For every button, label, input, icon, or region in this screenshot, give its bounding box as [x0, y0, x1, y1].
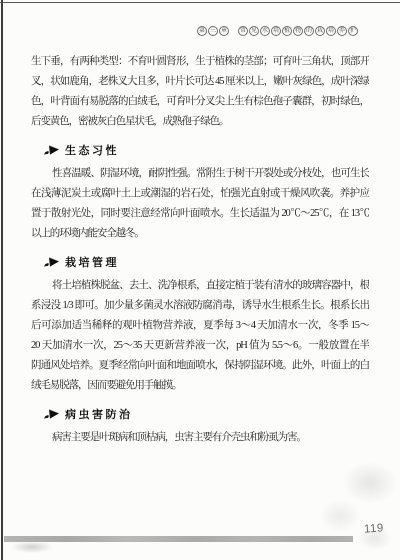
- circled-char: 养: [337, 26, 347, 36]
- text-line: 后变黄色，密被灰白色星状毛，成熟孢子绿色。: [31, 112, 369, 132]
- circled-char: 护: [348, 26, 358, 36]
- chapter-title: 常见水培植物的栽培养护: [238, 26, 358, 36]
- paragraph: 性喜温暖、阴湿环境，耐阴性强。常附生于树干开裂处或分枝处，也可生长在浅薄泥炭土或…: [31, 164, 369, 244]
- page-number: 119: [364, 522, 385, 535]
- arrow-leaf-icon: [43, 408, 60, 420]
- circled-char: 水: [260, 26, 270, 36]
- circled-char: 见: [249, 26, 259, 36]
- arrow-leaf-icon: [43, 144, 60, 156]
- circled-char: 三: [208, 26, 218, 36]
- article: 生下垂，有两种类型：不育叶圆肾形，生于植株的茎部；可育叶三角状，顶部开叉，状如鹿…: [31, 52, 369, 448]
- text-line: 绒毛易脱落，因而要避免用手触摸。: [31, 376, 369, 396]
- text-line: 以上的环境内能安全越冬。: [31, 224, 369, 244]
- circled-char: 栽: [315, 26, 325, 36]
- circled-char: 常: [238, 26, 248, 36]
- text-line: 后可添加适当稀释的观叶植物营养液，夏季每 3～4 天加清水一次，冬季 15～: [31, 316, 369, 336]
- chapter-marker: 第三章: [197, 26, 229, 36]
- text-line: 性喜温暖、阴湿环境，耐阴性强。常附生于树干开裂处或分枝处，也可生长: [31, 164, 369, 184]
- text-line: 20 天加清水一次，25～35 天更新营养液一次，pH 值为 5.5～6。一般放…: [31, 336, 369, 356]
- paragraph: 生下垂，有两种类型：不育叶圆肾形，生于植株的茎部；可育叶三角状，顶部开叉，状如鹿…: [31, 52, 369, 132]
- paragraph: 将土培植株脱盆、去土、洗净根系，直接定植于装有清水的玻璃容器中，根系浸没 1/3…: [31, 276, 369, 396]
- text-line: 色，叶背面有易脱落的白绒毛，可育叶分叉尖上生有棕色孢子囊群，初时绿色，: [31, 92, 369, 112]
- text-line: 叉，状如鹿角，老株叉大且多，叶片长可达 45 厘米以上，嫩叶灰绿色，成叶深绿: [31, 72, 369, 92]
- text-line: 阴通风处培养。夏季经常向叶面和地面喷水，保持阴湿环境。此外，叶面上的白: [31, 356, 369, 376]
- circled-char: 培: [326, 26, 336, 36]
- section-heading-label: 生态习性: [65, 142, 119, 158]
- arrow-leaf-icon: [43, 256, 60, 268]
- text-line: 在浅薄泥炭土或腐叶土上或潮湿的岩石处，怕强光直射或干燥风吹袭。养护应: [31, 184, 369, 204]
- text-line: 将土培植株脱盆、去土、洗净根系，直接定植于装有清水的玻璃容器中，根: [31, 276, 369, 296]
- circled-char: 章: [219, 26, 229, 36]
- circled-char: 培: [271, 26, 281, 36]
- circled-char: 的: [304, 26, 314, 36]
- scanned-book-page: 第三章 常见水培植物的栽培养护 生下垂，有两种类型：不育叶圆肾形，生于植株的茎部…: [0, 0, 400, 560]
- text-line: 系浸没 1/3 即可。加少量多菌灵水溶液防腐消毒，诱导水生根系生长。根系长出: [31, 296, 369, 316]
- circled-char: 物: [293, 26, 303, 36]
- text-line: 置于散射光处，同时要注意经常向叶面喷水。生长适温为 20℃～25℃，在 13℃: [31, 204, 369, 224]
- section-heading: 病虫害防治: [43, 406, 369, 421]
- section-heading-label: 栽培管理: [65, 254, 119, 270]
- section-heading: 生态习性: [43, 142, 369, 157]
- scan-noise-bottom-right: [300, 450, 400, 560]
- circled-char: 第: [197, 26, 207, 36]
- section-heading: 栽培管理: [43, 254, 369, 269]
- circled-char: 植: [282, 26, 292, 36]
- paragraph: 病害主要是叶斑病和顶枯病，虫害主要有介壳虫和粉虱为害。: [31, 428, 369, 448]
- text-line: 生下垂，有两种类型：不育叶圆肾形，生于植株的茎部；可育叶三角状，顶部开: [31, 52, 369, 72]
- footer-bar: [4, 536, 353, 542]
- scan-edge-left: [1, 0, 3, 560]
- text-line: 病害主要是叶斑病和顶枯病，虫害主要有介壳虫和粉虱为害。: [31, 428, 369, 448]
- chapter-header: 第三章 常见水培植物的栽培养护: [197, 26, 358, 36]
- scan-edge-top: [0, 2, 400, 3]
- section-heading-label: 病虫害防治: [65, 406, 133, 422]
